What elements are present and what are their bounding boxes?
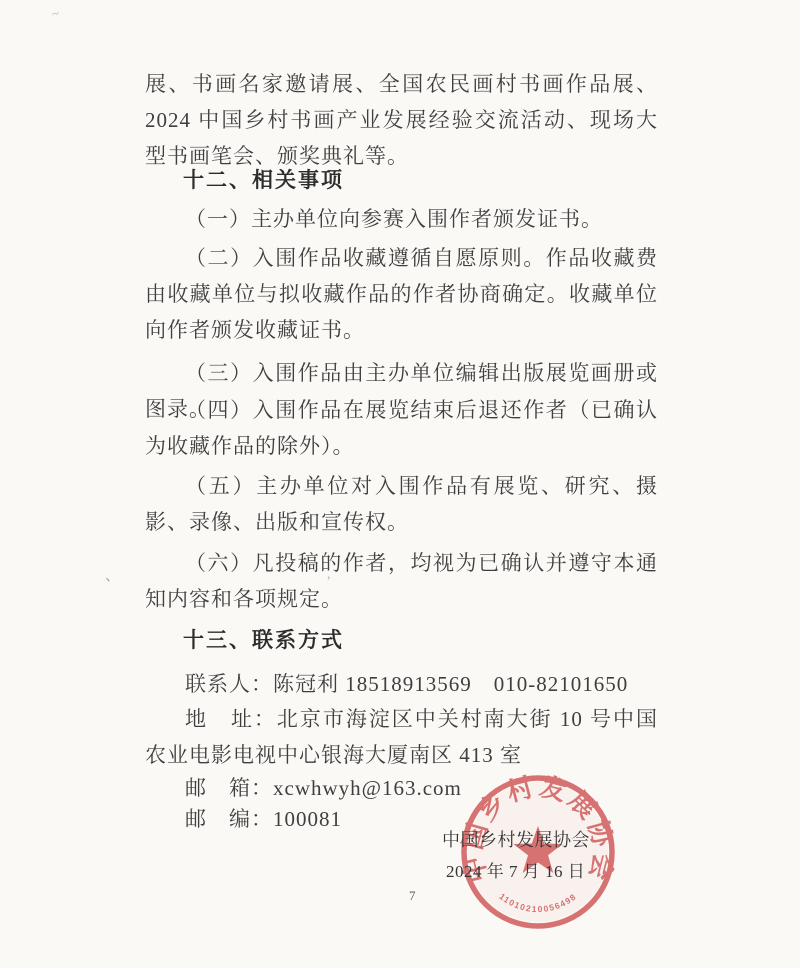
scan-artifact-top-left: ~ (50, 5, 60, 22)
document-page: ~ 、 , 展、书画名家邀请展、全国农民画村书画作品展、2024 中国乡村书画产… (0, 0, 800, 968)
section-heading-13: 十三、联系方式 (145, 623, 658, 659)
contact-address-line: 地 址：北京市海淀区中关村南大街 10 号中国农业电影电视中心银海大厦南区 41… (145, 701, 658, 773)
item-5: （五）主办单位对入围作品有展览、研究、摄影、录像、出版和宣传权。 (145, 468, 658, 540)
scan-artifact-left-margin: 、 (105, 564, 120, 585)
continued-paragraph: 展、书画名家邀请展、全国农民画村书画作品展、2024 中国乡村书画产业发展经验交… (145, 66, 658, 174)
item-1: （一）主办单位向参赛入围作者颁发证书。 (145, 201, 658, 237)
page-number: 7 (409, 888, 416, 904)
section-heading-12: 十二、相关事项 (145, 163, 658, 199)
signature-date: 2024 年 7 月 16 日 (446, 859, 585, 885)
scan-artifact-inline: , (327, 567, 331, 583)
item-6: （六）凡投稿的作者，均视为已确认并遵守本通知内容和各项规定。 (145, 545, 658, 617)
contact-person-line: 联系人：陈冠利 18518913569 010-82101650 (145, 666, 658, 702)
item-2: （二）入围作品收藏遵循自愿原则。作品收藏费由收藏单位与拟收藏作品的作者协商确定。… (145, 240, 658, 348)
signature-organization: 中国乡村发展协会 (442, 827, 590, 853)
item-4: （四）入围作品在展览结束后退还作者（已确认为收藏作品的除外）。 (145, 392, 658, 464)
